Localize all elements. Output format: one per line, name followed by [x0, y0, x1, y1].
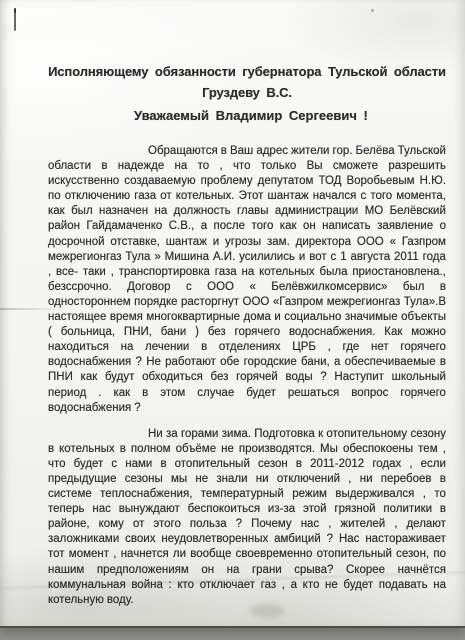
staple-mark [14, 8, 16, 31]
text-line: ПНИкакбудутобходитьсябезгорячейводы?Наст… [48, 370, 446, 385]
text-line: нашимпредположениямоннагранисрыва?Скорее… [48, 563, 446, 578]
text-line: ,все-таки,транспортировкагазанакотельных… [48, 265, 446, 280]
text-line: предыдущиесезонымынезналиниотключений,ни… [48, 472, 446, 487]
text-line: заложникамисвоихнеудовлетворенныхамбиций… [48, 532, 446, 547]
text-line: находитьсяналечениивотделенияхЦРБ,гденет… [48, 340, 446, 355]
text-line: досрочнойотставке,шантажиугрозызам.дирек… [48, 235, 446, 250]
text-line: коммунальнаявойна:ктоотключаетгаз,актоне… [48, 578, 446, 593]
text-line: поотключениюгазаоткотельных.Этотшантажна… [48, 189, 446, 204]
text-line: чтобудетснамивотопительныйсезонв2011-201… [48, 457, 446, 472]
letter-content: Исполняющему обязанности губернатора Тул… [48, 61, 446, 608]
recipient-line-1: Исполняющему обязанности губернатора Тул… [48, 61, 446, 82]
text-line: ОбращаютсявВашадресжителигор.БелёваТульс… [48, 144, 446, 159]
text-line: системетеплоснабжения,температурныйрежим… [48, 487, 446, 502]
text-line: (больница,ПНИ,бани)безгорячеговодоснабже… [48, 325, 446, 340]
paper-speck [371, 9, 374, 12]
text-line: Низагорамизима.Подготовкакотопительномус… [48, 427, 446, 442]
text-line: областивнадежденато,чтотолькоВысможетера… [48, 159, 446, 174]
recipient-line-2: Груздеву В.С. [48, 82, 446, 103]
text-line: безссрочно.ДоговорсООО«Белёвжилкомсервис… [48, 280, 446, 295]
recipient-block: Исполняющему обязанности губернатора Тул… [48, 61, 446, 103]
text-line: одностороннемпорядкерасторгнутООО«Газпро… [48, 295, 446, 310]
text-line: какбылназначеннадолжностьглавыадминистра… [48, 204, 446, 219]
text-line: межрегионгазТула»МишинаА.И.усилилисьивот… [48, 250, 446, 265]
paragraph-2: Низагорамизима.Подготовкакотопительномус… [48, 427, 446, 608]
text-line: районе,комуотэтогопольза?Почемунас,жител… [48, 517, 446, 532]
text-line: водоснабжения? [48, 401, 446, 416]
letter-page: Исполняющему обязанности губернатора Тул… [0, 0, 465, 626]
text-line: районГайдамаченкоС.В.,апослетогокаконнап… [48, 219, 446, 234]
text-line: тотмомент,начнетсяливообщесвоевременноот… [48, 547, 446, 562]
text-line: вкотельныхвполномобъёменепроизводятся.Мы… [48, 442, 446, 457]
text-line: теперьнасвынуждаютбеспокоитьсяиз-заэтойг… [48, 502, 446, 517]
text-line: искусственносоздаваемуюпроблемудепутатом… [48, 174, 446, 189]
text-line: период.каквэтомслучаебудетрешатьсявопрос… [48, 386, 446, 401]
text-line: котельнуюводу. [48, 593, 446, 608]
paragraph-1: ОбращаютсявВашадресжителигор.БелёваТульс… [48, 144, 446, 416]
text-line: водоснабжения?Неработаютобегородскиебани… [48, 355, 446, 370]
text-line: настоящеевремямногоквартирныедомаисоциал… [48, 310, 446, 325]
salutation: Уважаемый Владимир Сергеевич ! [48, 108, 446, 123]
